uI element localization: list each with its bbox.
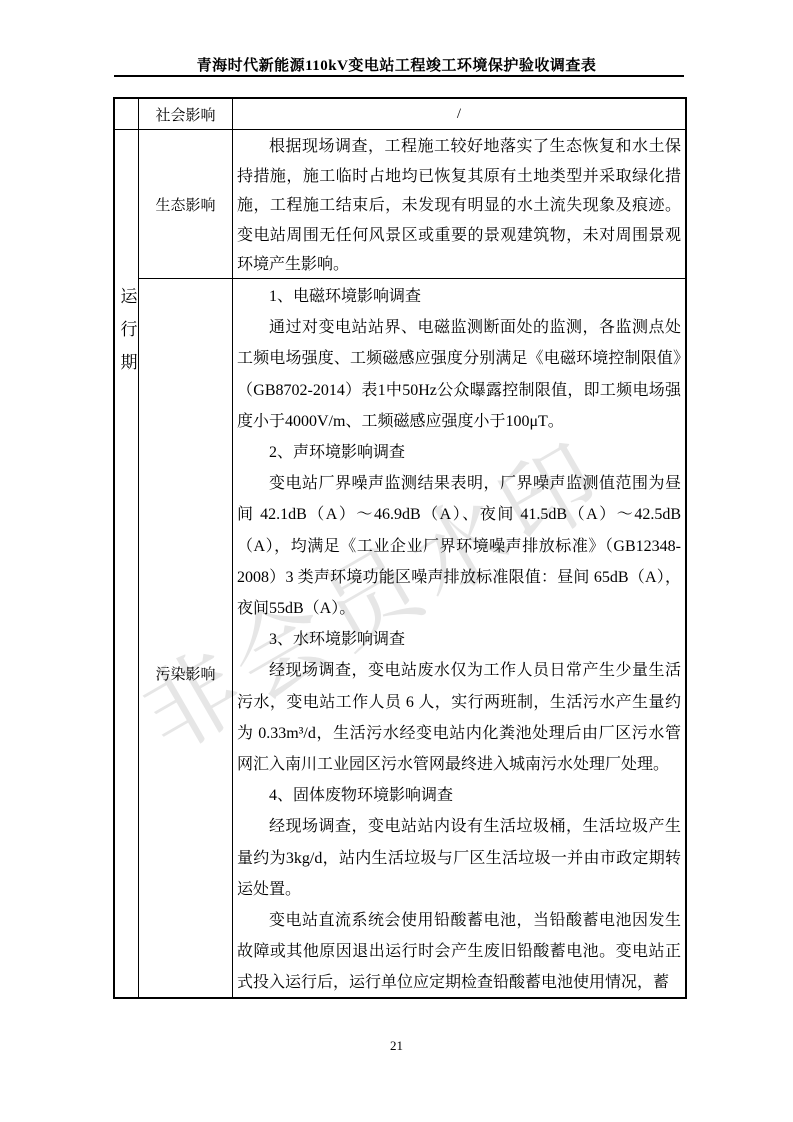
paragraph: 变电站厂界噪声监测结果表明，厂界噪声监测值范围为昼间 42.1dB（A）～46.… [237,468,681,624]
paragraph: 经现场调查，变电站废水仅为工作人员日常产生少量生活污水，变电站工作人员 6 人，… [237,655,681,780]
cell-social-content: / [233,99,685,130]
paragraph: 4、固体废物环境影响调查 [237,780,681,811]
period-cell: 运行期 [115,130,139,997]
paragraph: 1、电磁环境影响调查 [237,281,681,312]
row-label-social: 社会影响 [139,99,233,130]
page-title: 青海时代新能源110kV变电站工程竣工环境保护验收调查表 [0,54,793,75]
paragraph: 根据现场调查，工程施工较好地落实了生态恢复和水土保持措施，施工临时占地均已恢复其… [237,132,681,279]
main-table: 运行期 社会影响 / 生态影响 根据现场调查，工程施工较好地落实了生态恢复和水土… [113,97,687,999]
period-empty-cell [115,99,139,130]
page-number: 21 [0,1038,793,1054]
cell-pollution-content: 1、电磁环境影响调查通过对变电站站界、电磁监测断面处的监测，各监测点处工频电场强… [233,279,685,997]
paragraph: 2、声环境影响调查 [237,437,681,468]
document-page: 非会员水印 青海时代新能源110kV变电站工程竣工环境保护验收调查表 运行期 社… [0,0,793,1122]
paragraph: 经现场调查，变电站站内设有生活垃圾桶，生活垃圾产生量约为3kg/d，站内生活垃圾… [237,811,681,905]
paragraph: 通过对变电站站界、电磁监测断面处的监测，各监测点处工频电场强度、工频磁感应强度分… [237,312,681,437]
paragraph: 变电站直流系统会使用铅酸蓄电池，当铅酸蓄电池因发生故障或其他原因退出运行时会产生… [237,905,681,997]
title-underline [114,75,684,77]
cell-eco-content: 根据现场调查，工程施工较好地落实了生态恢复和水土保持措施，施工临时占地均已恢复其… [233,130,685,279]
row-label-pollution-text: 污染影响 [155,663,215,684]
row-label-pollution: 污染影响 [139,279,233,997]
period-label: 运行期 [115,287,139,386]
paragraph: 3、水环境影响调查 [237,624,681,655]
row-label-eco: 生态影响 [139,130,233,279]
